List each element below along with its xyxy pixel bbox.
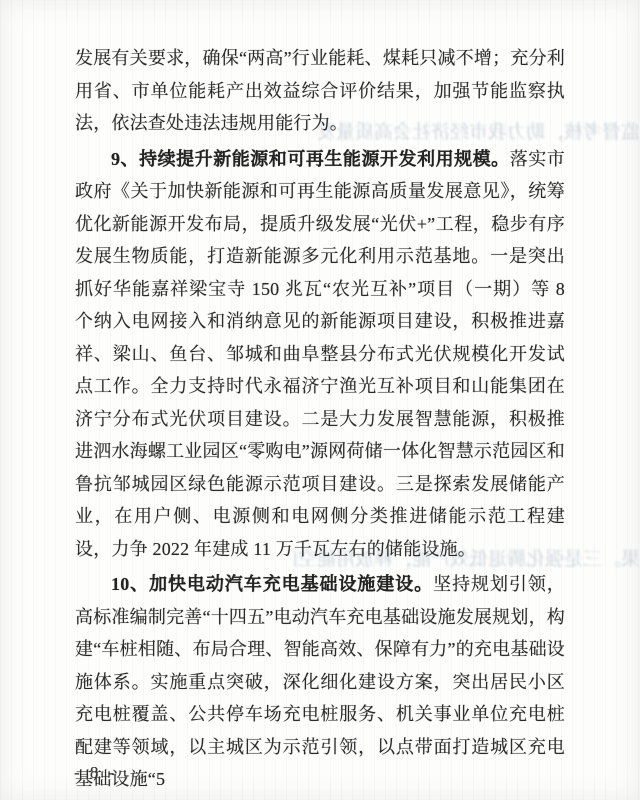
item-9-heading: 9、持续提升新能源和可再生能源开发利用规模。	[111, 149, 510, 169]
paragraph-item-10: 10、加快电动汽车充电基础设施建设。坚持规划引领，高标准编制完善“十四五”电动汽…	[75, 568, 565, 796]
scanned-document-page: 监督考核，助力我市经济社会高质量发 果。三是强化腾退低效产能，释放用能空间 发展…	[0, 0, 640, 800]
item-9-body: 落实市政府《关于加快新能源和可再生能源高质量发展意见》，统筹优化新能源开发布局，…	[75, 149, 565, 559]
paragraph-text: 发展有关要求，确保“两高”行业能耗、煤耗只减不增；充分利用省、市单位能耗产出效益…	[75, 48, 565, 133]
paragraph-item-9: 9、持续提升新能源和可再生能源开发利用规模。落实市政府《关于加快新能源和可再生能…	[75, 143, 565, 566]
paragraph-continuation: 发展有关要求，确保“两高”行业能耗、煤耗只减不增；充分利用省、市单位能耗产出效益…	[75, 42, 565, 140]
document-body: 发展有关要求，确保“两高”行业能耗、煤耗只减不增；充分利用省、市单位能耗产出效益…	[75, 42, 565, 799]
item-10-body: 坚持规划引领，高标准编制完善“十四五”电动汽车充电基础设施发展规划，构建“车桩相…	[75, 574, 565, 789]
page-number: - 8 -	[74, 763, 117, 783]
item-10-heading: 10、加快电动汽车充电基础设施建设。	[111, 574, 433, 594]
